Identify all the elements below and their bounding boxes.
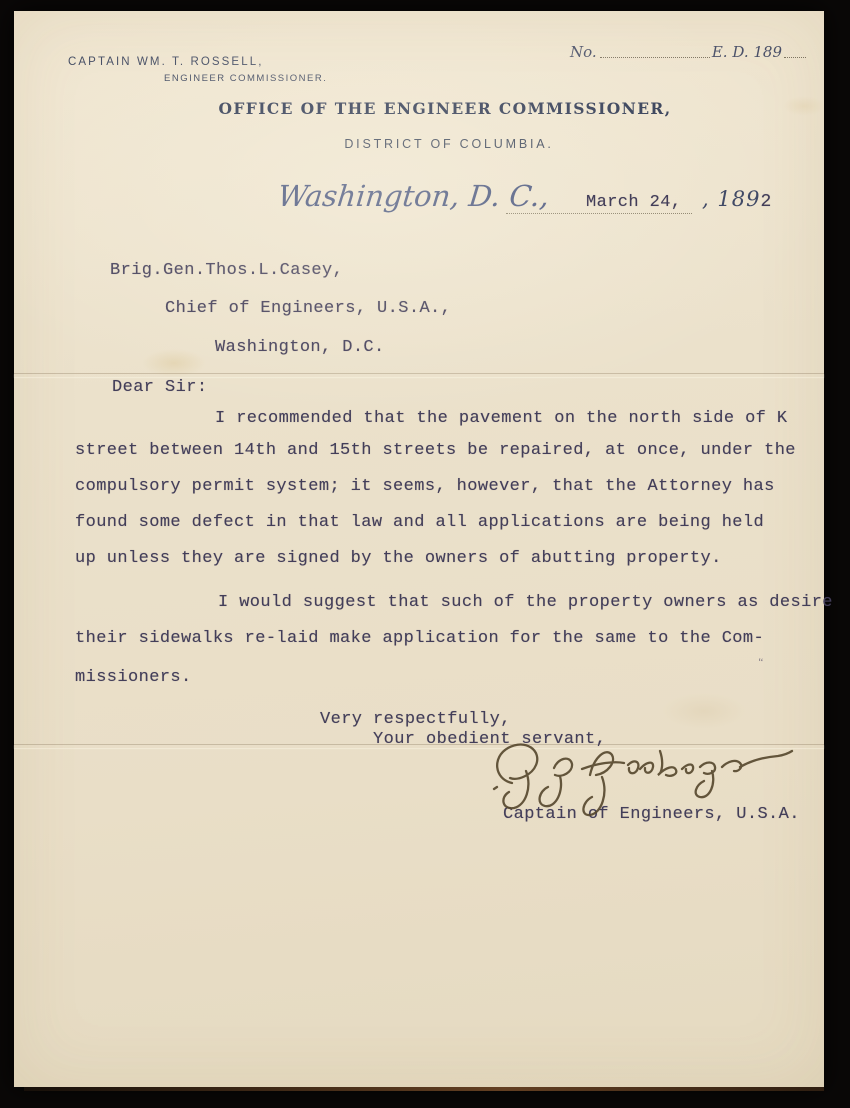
body-line: up unless they are signed by the owners … xyxy=(75,549,722,568)
dotted-leader xyxy=(784,57,806,58)
dotted-leader xyxy=(600,57,710,58)
recipient-title: Chief of Engineers, U.S.A., xyxy=(165,299,451,318)
recipient-name: Brig.Gen.Thos.L.Casey, xyxy=(110,261,343,280)
closing-respectfully: Very respectfully, xyxy=(320,710,511,729)
file-number-label: No. xyxy=(570,43,597,61)
letterhead-officer-title: ENGINEER COMMISSIONER. xyxy=(164,73,327,84)
signature-ink-strokes xyxy=(482,735,794,821)
body-line: street between 14th and 15th streets be … xyxy=(75,441,796,460)
office-title: OFFICE OF THE ENGINEER COMMISSIONER, xyxy=(218,99,671,118)
body-line: I recommended that the pavement on the n… xyxy=(215,409,788,428)
year-typed-digit: 2 xyxy=(760,192,771,212)
recipient-city: Washington, D.C. xyxy=(215,338,385,357)
body-line: their sidewalks re-laid make application… xyxy=(75,629,764,648)
fold-crease-upper xyxy=(14,373,824,377)
body-line: compulsory permit system; it seems, howe… xyxy=(75,477,775,496)
body-line: missioners. xyxy=(75,668,192,687)
dateline-date-typed: March 24, xyxy=(586,193,681,212)
signature xyxy=(482,735,794,821)
file-number-suffix: E. D. 189 xyxy=(712,43,782,61)
file-number-line: No. E. D. 189 xyxy=(570,43,806,61)
salutation: Dear Sir: xyxy=(112,378,207,397)
dateline-year: , 1892 xyxy=(702,187,772,212)
year-printed-part: , 189 xyxy=(702,187,760,211)
scan-background: { "colors": { "scan_background": "#0a080… xyxy=(0,0,850,1108)
letter-paper: CAPTAIN WM. T. ROSSELL, ENGINEER COMMISS… xyxy=(14,11,824,1087)
letterhead-officer-name: CAPTAIN WM. T. ROSSELL, xyxy=(68,56,264,68)
body-line: I would suggest that such of the propert… xyxy=(218,593,833,612)
stray-ink-mark: ‘‘ xyxy=(757,657,763,670)
office-subtitle: DISTRICT OF COLUMBIA. xyxy=(344,137,553,151)
body-line: found some defect in that law and all ap… xyxy=(75,513,764,532)
signature-path xyxy=(494,744,792,815)
